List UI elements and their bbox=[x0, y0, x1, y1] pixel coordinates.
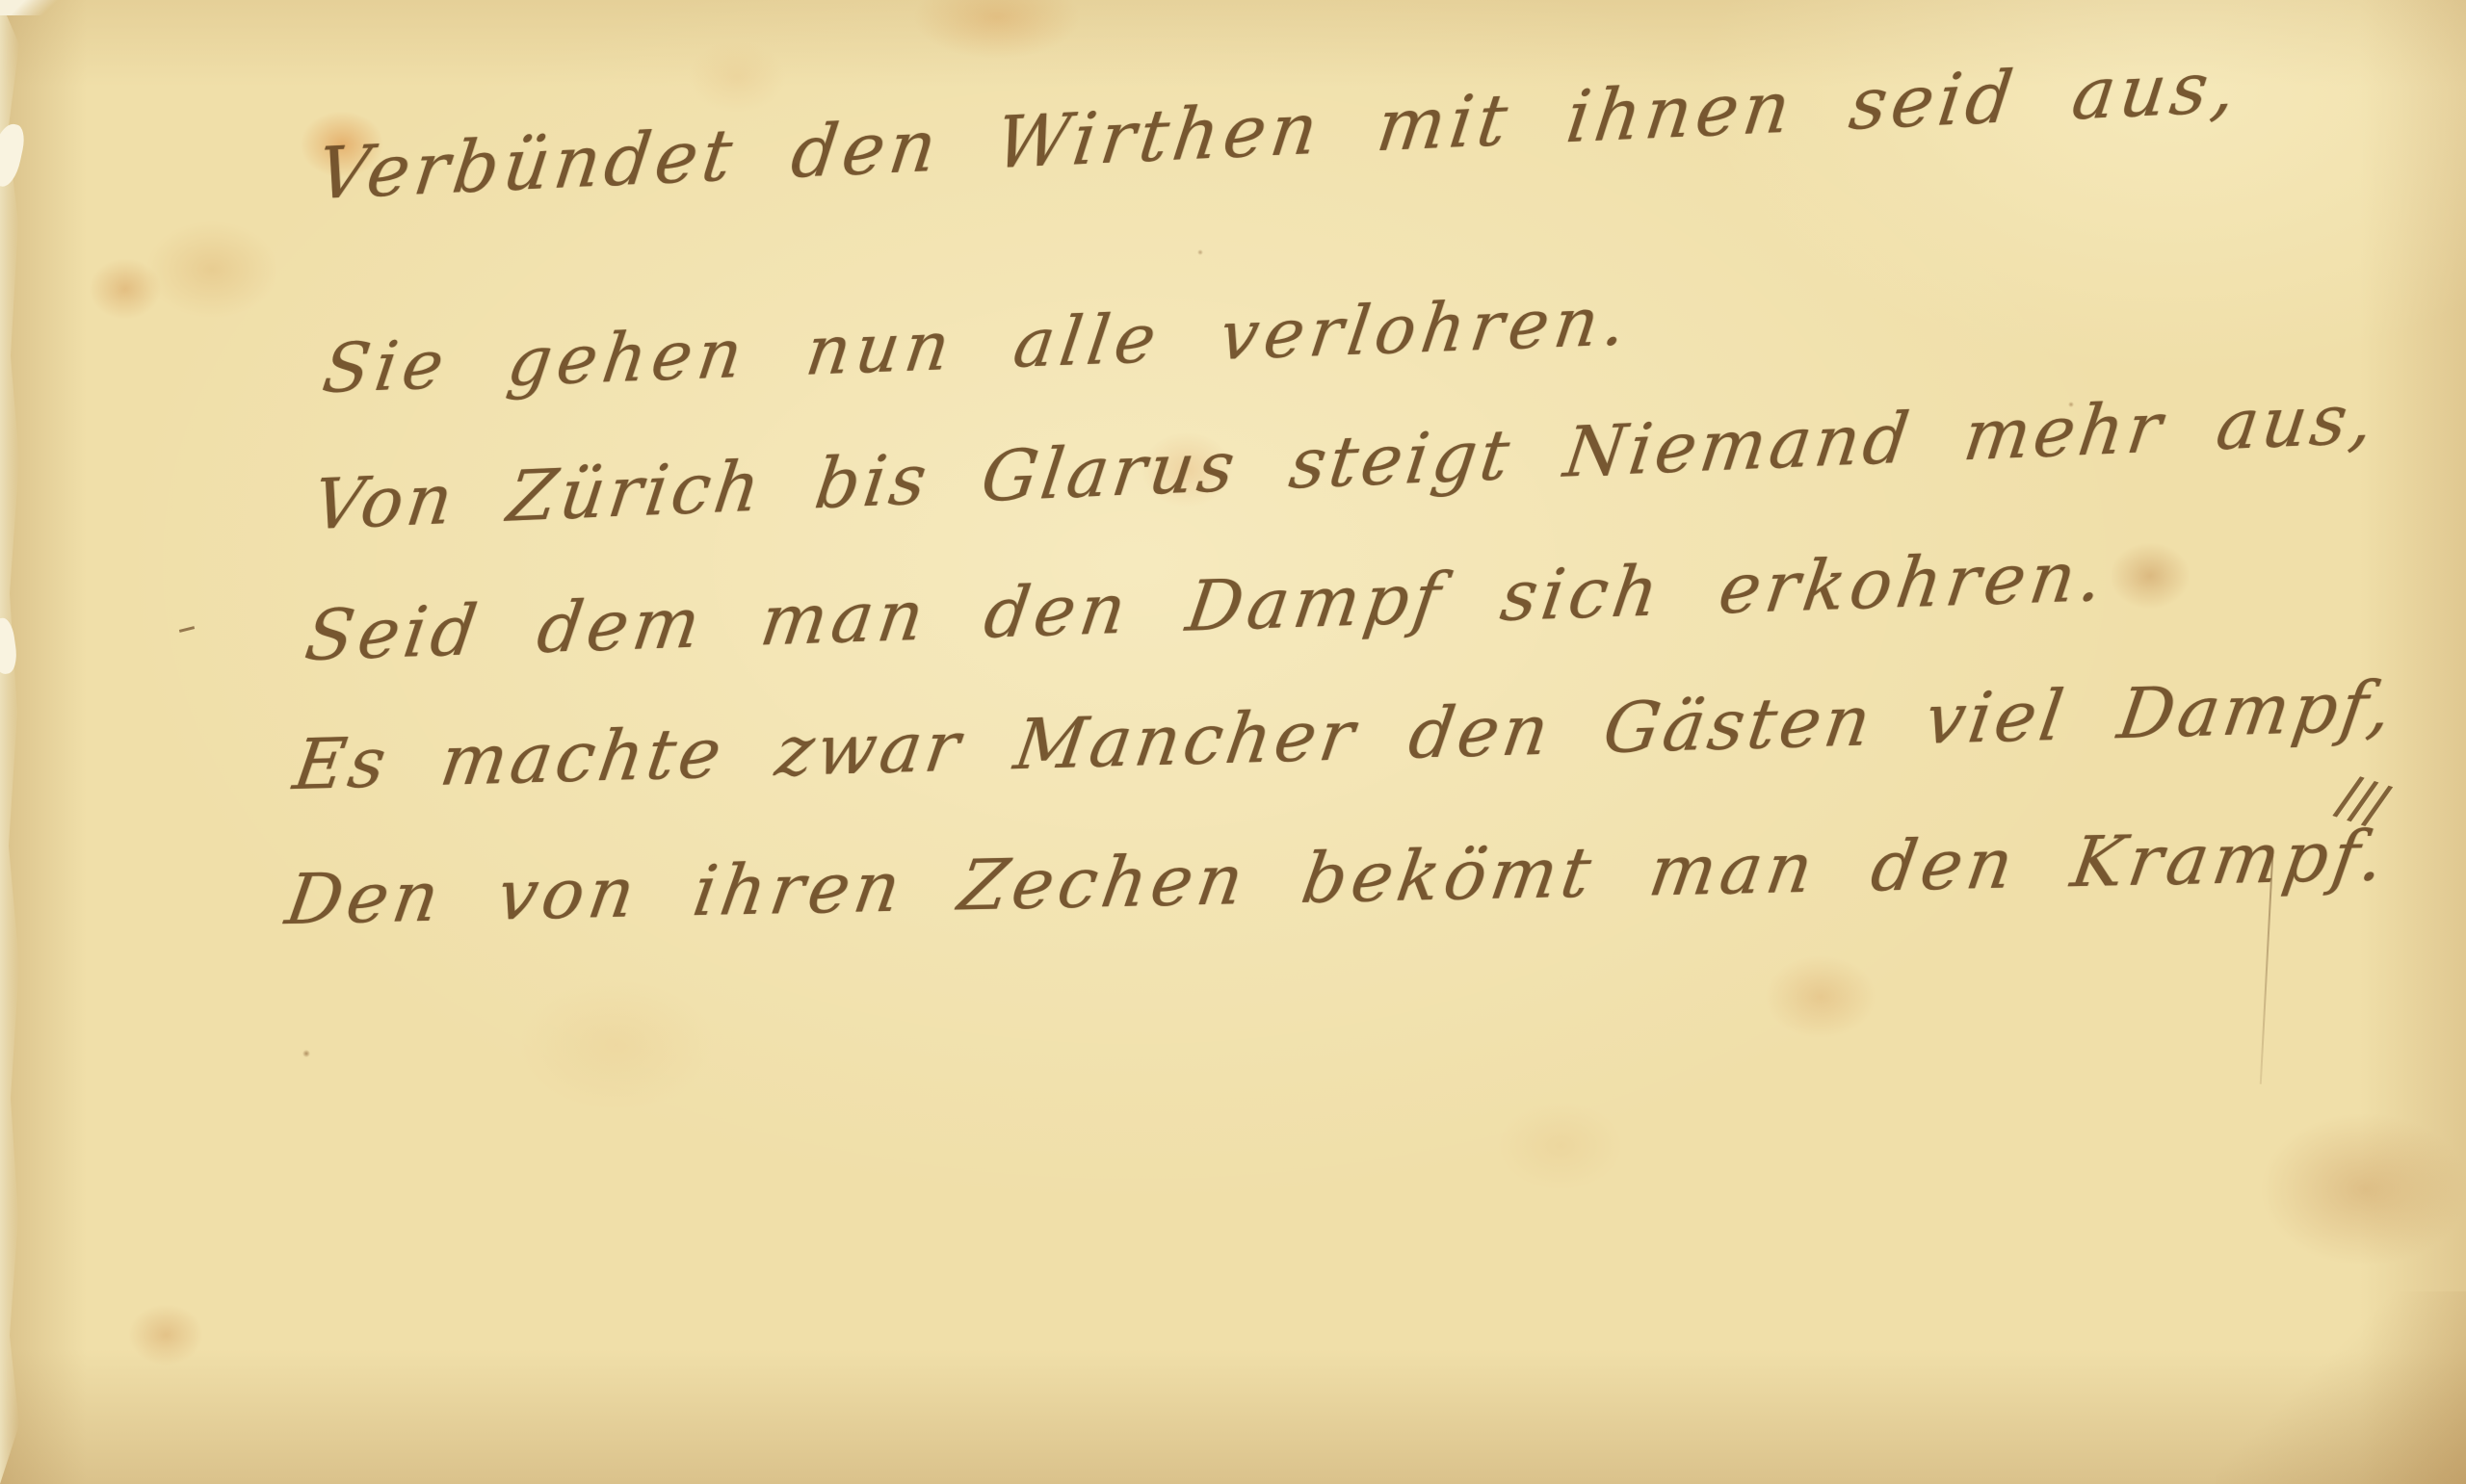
manuscript-page: Verbündet den Wirthen mit ihnen seid aus… bbox=[0, 0, 2466, 1484]
paper-corner-shadow bbox=[2216, 1291, 2466, 1484]
handwritten-line-3: Von Zürich bis Glarus steigt Niemand meh… bbox=[308, 378, 2381, 545]
paper-tear-notch bbox=[0, 121, 28, 190]
handwritten-line-2: Sie gehen nun alle verlohren. bbox=[318, 281, 1637, 408]
paper-corner-highlight bbox=[0, 0, 67, 15]
torn-left-edge bbox=[0, 0, 19, 1484]
handwritten-line-5: Es machte zwar Mancher den Gästen viel D… bbox=[289, 665, 2400, 805]
handwritten-line-4: Seid dem man den Dampf sich erkohren. bbox=[301, 535, 2112, 676]
handwritten-line-6: Den von ihren Zechen bekömt man den Kram… bbox=[280, 815, 2394, 940]
small-ink-dash bbox=[179, 626, 195, 633]
handwritten-line-1: Verbündet den Wirthen mit ihnen seid aus… bbox=[312, 45, 2244, 216]
paper-tear-notch bbox=[0, 616, 19, 675]
